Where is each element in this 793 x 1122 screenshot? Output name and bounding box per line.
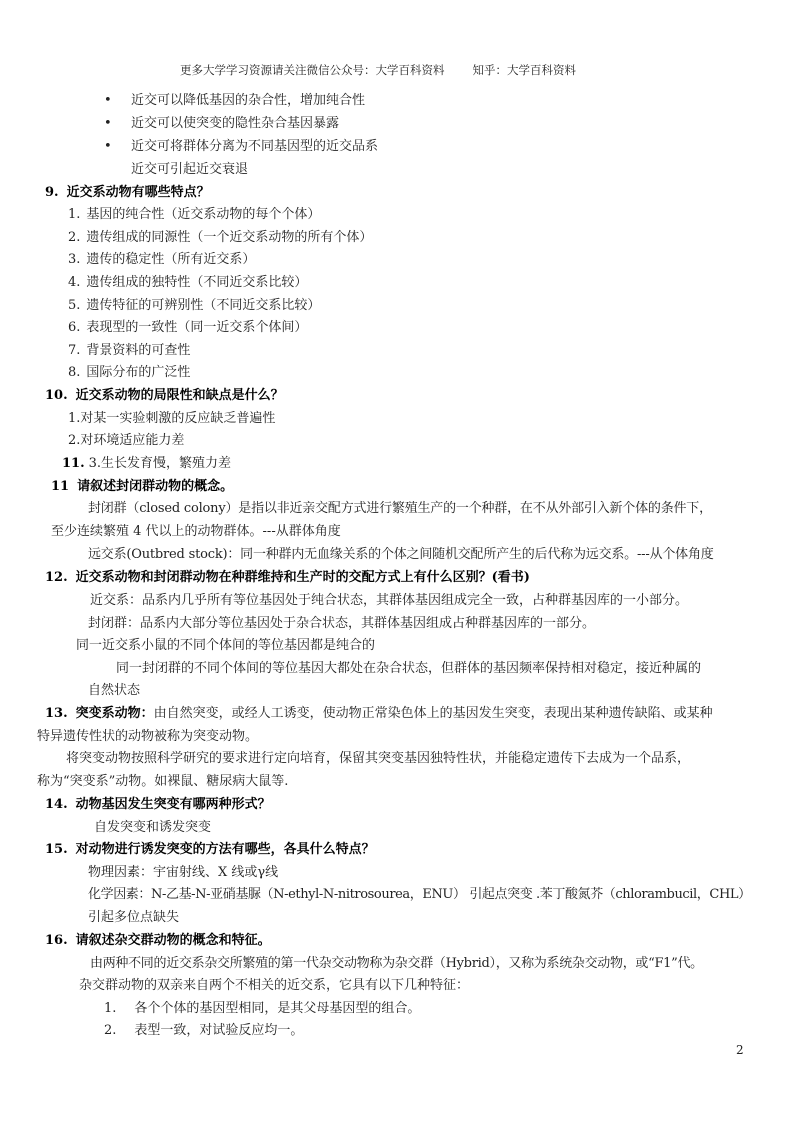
paragraph-line: 化学因素：N-乙基-N-亚硝基脲（N-ethyl-N-nitrosourea，E… <box>88 885 751 905</box>
question-title: 对动物进行诱发突变的方法有哪些，各具什么特点？ <box>76 842 375 857</box>
question-title: 突变系动物： <box>76 706 154 721</box>
paragraph-line: 由两种不同的近交系杂交所繁殖的第一代杂交动物称为杂交群（Hybrid），又称为系… <box>90 954 703 974</box>
bullet-item: 近交可以使突变的隐性杂合基因暴露 <box>131 114 339 134</box>
paragraph-line: 自然状态 <box>88 681 140 701</box>
paragraph-line: 近交系：品系内几乎所有等位基因处于纯合状态，其群体基因组成完全一致，占种群基因库… <box>90 591 688 611</box>
question-number: 11 <box>51 479 69 494</box>
paragraph-line: 特异遗传性状的动物被称为突变动物。 <box>37 727 258 747</box>
question-number: 16. <box>45 933 68 948</box>
paragraph-line: 封闭群：品系内大部分等位基因处于杂合状态，其群体基因组成占种群基因库的一部分。 <box>88 614 595 634</box>
header-zhihu-notice: 知乎：大学百科资料 <box>473 63 577 77</box>
list-item: 2.遗传组成的同源性（一个近交系动物的所有个体） <box>68 228 372 248</box>
question-title: 请叙述杂交群动物的概念和特征。 <box>76 933 271 948</box>
list-item: 1.各个个体的基因型相同，是其父母基因型的组合。 <box>104 999 420 1019</box>
question-9-heading: 9.近交系动物有哪些特点？ <box>45 183 210 203</box>
paragraph-line: 同一封闭群的不同个体间的等位基因大都处在杂合状态，但群体的基因频率保持相对稳定，… <box>116 659 701 679</box>
question-title: 动物基因发生突变有哪两种形式？ <box>76 797 271 812</box>
paragraph-line: 引起多位点缺失 <box>88 908 179 928</box>
paragraph-text: 由自然突变，或经人工诱变，使动物正常染色体上的基因发生突变，表现出某种遗传缺陷、… <box>154 706 713 721</box>
list-item: 2.表型一致，对试验反应均一。 <box>104 1021 303 1041</box>
answer-line: 自发突变和诱发突变 <box>94 818 211 838</box>
paragraph-line: 同一近交系小鼠的不同个体间的等位基因都是纯合的 <box>76 636 375 656</box>
list-item: 3.遗传的稳定性（所有近交系） <box>68 250 255 270</box>
page-header: 更多大学学习资源请关注微信公众号：大学百科资料知乎：大学百科资料 <box>180 60 576 80</box>
list-item: 2.对环境适应能力差 <box>68 431 184 451</box>
question-title: 近交系动物的局限性和缺点是什么？ <box>76 388 284 403</box>
list-item: 11.3.生长发育慢，繁殖力差 <box>62 454 231 474</box>
list-item: 8.国际分布的广泛性 <box>68 363 190 383</box>
question-number: 10. <box>45 388 68 403</box>
question-10-heading: 10.近交系动物的局限性和缺点是什么？ <box>45 386 284 406</box>
list-item: 7.背景资料的可查性 <box>68 341 190 361</box>
paragraph-line: 将突变动物按照科学研究的要求进行定向培育，保留其突变基因独特性状，并能稳定遗传下… <box>66 749 690 769</box>
paragraph-line: 远交系(Outbred stock)：同一种群内无血缘关系的个体之间随机交配所产… <box>88 545 714 565</box>
list-item: 6.表现型的一致性（同一近交系个体间） <box>68 318 307 338</box>
bullet-continuation: 近交可引起近交衰退 <box>131 160 248 180</box>
page-number: 2 <box>736 1040 744 1060</box>
question-title: 近交系动物和封闭群动物在种群维持和生产时的交配方式上有什么区别？(看书) <box>76 570 530 585</box>
question-16-heading: 16.请叙述杂交群动物的概念和特征。 <box>45 931 271 951</box>
header-wechat-notice: 更多大学学习资源请关注微信公众号：大学百科资料 <box>180 63 445 77</box>
question-number: 12. <box>45 570 68 585</box>
bullet-icon: • <box>104 114 112 134</box>
list-item: 4.遗传组成的独特性（不同近交系比较） <box>68 273 307 293</box>
bullet-icon: • <box>104 137 112 157</box>
paragraph-line: 封闭群（closed colony）是指以非近亲交配方式进行繁殖生产的一个种群，… <box>88 499 712 519</box>
list-item: 1.对某一实验刺激的反应缺乏普遍性 <box>68 409 275 429</box>
question-14-heading: 14.动物基因发生突变有哪两种形式？ <box>45 795 271 815</box>
paragraph-line: 称为“突变系”动物。如裸鼠、糖尿病大鼠等. <box>37 772 288 792</box>
paragraph-line: 物理因素：宇宙射线、X 线或γ线 <box>88 863 278 883</box>
question-11-heading: 11请叙述封闭群动物的概念。 <box>51 477 233 497</box>
list-item: 1.基因的纯合性（近交系动物的每个个体） <box>68 205 320 225</box>
list-item: 5.遗传特征的可辨别性（不同近交系比较） <box>68 296 320 316</box>
bullet-item: 近交可将群体分离为不同基因型的近交品系 <box>131 137 378 157</box>
question-12-heading: 12.近交系动物和封闭群动物在种群维持和生产时的交配方式上有什么区别？(看书) <box>45 568 530 588</box>
bullet-item: 近交可以降低基因的杂合性，增加纯合性 <box>131 91 365 111</box>
document-page: 更多大学学习资源请关注微信公众号：大学百科资料知乎：大学百科资料 • 近交可以降… <box>0 0 793 1122</box>
question-number: 9. <box>45 185 59 200</box>
question-number: 13. <box>45 706 68 721</box>
question-number: 15. <box>45 842 68 857</box>
question-title: 请叙述封闭群动物的概念。 <box>77 479 233 494</box>
question-title: 近交系动物有哪些特点？ <box>67 185 210 200</box>
bullet-icon: • <box>104 91 112 111</box>
paragraph-line: 至少连续繁殖 4 代以上的动物群体。---从群体角度 <box>51 522 341 542</box>
paragraph-line: 杂交群动物的双亲来自两个不相关的近交系，它具有以下几种特征： <box>79 976 469 996</box>
question-15-heading: 15.对动物进行诱发突变的方法有哪些，各具什么特点？ <box>45 840 375 860</box>
stray-number: 11. <box>62 456 85 471</box>
question-13-heading: 13.突变系动物：由自然突变，或经人工诱变，使动物正常染色体上的基因发生突变，表… <box>45 704 713 724</box>
question-number: 14. <box>45 797 68 812</box>
